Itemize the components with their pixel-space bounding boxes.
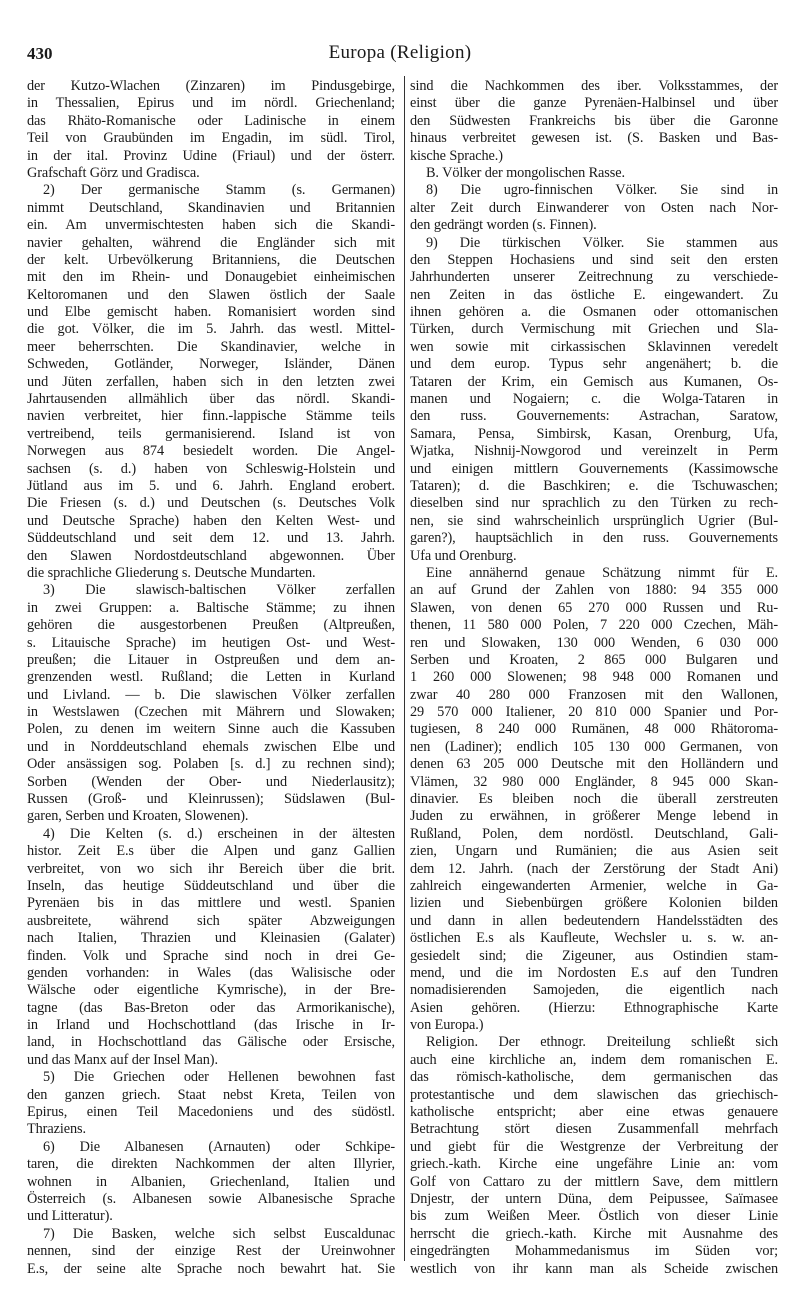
text-line: Keltoromanen und den Slawen östlich der … — [27, 287, 395, 304]
text-line: den ganzen griech. Staat nebst Kreta, Te… — [27, 1087, 395, 1104]
text-line: Wjatka, Nishnij-Nowgorod und vereinzelt … — [410, 443, 778, 460]
text-line: auch eine kirchliche an, indem dem roman… — [410, 1052, 778, 1069]
text-line: sachsen (s. d.) haben von Schleswig-Hols… — [27, 461, 395, 478]
text-line: zahlreich eingewanderten Armenier, welch… — [410, 878, 778, 895]
text-line: preußen; die Litauer in Ostpreußen und d… — [27, 652, 395, 669]
text-line: dinavier. Es bleiben noch die überall ze… — [410, 791, 778, 808]
text-line: Jahrhunderten unserer Zeitrechnung zu ve… — [410, 269, 778, 286]
text-line: und Livland. — b. Die slawischen Völker … — [27, 687, 395, 704]
text-line: Epirus, einen Teil Macedoniens und des s… — [27, 1104, 395, 1121]
text-line: Sorben (Wenden der Ober- und Niederlausi… — [27, 774, 395, 791]
text-line: zwar 40 280 000 Franzosen mit den Wallon… — [410, 687, 778, 704]
text-line: westlich von ihr kann man als Scheide zw… — [410, 1261, 778, 1278]
column-divider — [404, 76, 405, 1261]
text-line: vertreibend, teils germanisierend. Islan… — [27, 426, 395, 443]
text-line: und dann in allen bedeutendern Handelsst… — [410, 913, 778, 930]
text-line: Schweden, Gotländer, Norweger, Isländer,… — [27, 356, 395, 373]
text-line: Serben und Kroaten, 2 865 000 Bulgaren u… — [410, 652, 778, 669]
text-line: nennen, sind der einzige Rest der Ureinw… — [27, 1243, 395, 1260]
text-line: alter Zeit durch Einwanderer von Osten n… — [410, 200, 778, 217]
text-line: einst über die ganze Pyrenäen-Halbinsel … — [410, 95, 778, 112]
text-line: 8) Die ugro-finnischen Völker. Sie sind … — [410, 182, 778, 199]
text-line: mend, und die im Nordosten E.s auf den T… — [410, 965, 778, 982]
text-line: garen?), hauptsächlich in den russ. Gouv… — [410, 530, 778, 547]
text-line: s. Litauische Sprache) im heutigen Ost- … — [27, 635, 395, 652]
running-head: Europa (Religion) — [0, 42, 800, 64]
text-line: hinaus verbreitet gewesen ist. (S. Baske… — [410, 130, 778, 147]
text-line: ein. Am unvermischtesten haben sich die … — [27, 217, 395, 234]
text-line: den Steppen Hochasiens und sind seit den… — [410, 252, 778, 269]
text-line: und das Manx auf der Insel Man). — [27, 1052, 395, 1069]
text-line: denen 63 205 000 Deutsche mit den Hollän… — [410, 756, 778, 773]
text-line: die got. Völker, die im 5. Jahrh. das we… — [27, 321, 395, 338]
text-line: Vlämen, 32 980 000 Engländer, 8 945 000 … — [410, 774, 778, 791]
text-line: Jahrtausenden allmählich über das nördl.… — [27, 391, 395, 408]
text-line: in Westslawen (Czechen mit Mährern und S… — [27, 704, 395, 721]
text-line: in Irland und Hochschottland (das Irisch… — [27, 1017, 395, 1034]
text-line: Eine annähernd genaue Schätzung nimmt fü… — [410, 565, 778, 582]
text-line: dem 12. Jahrh. (nach der Zerstörung der … — [410, 861, 778, 878]
text-line: 29 570 000 Italiener, 20 810 000 Spanier… — [410, 704, 778, 721]
text-line: Ufa und Orenburg. — [410, 548, 778, 565]
text-line: Rußland, Polen, dem nordöstl. Deutschlan… — [410, 826, 778, 843]
text-line: 5) Die Griechen oder Hellenen bewohnen f… — [27, 1069, 395, 1086]
text-line: bis zum Weißen Meer. Östlich von dieser … — [410, 1208, 778, 1225]
text-line: Türken, durch Vermischung mit Griechen u… — [410, 321, 778, 338]
text-line: tugiesen, 8 240 000 Rumänen, 48 000 Rhät… — [410, 721, 778, 738]
text-line: Golf von Cattaro zu der mittlern Save, d… — [410, 1174, 778, 1191]
text-line: Süddeutschland und seit dem 12. und 13. … — [27, 530, 395, 547]
text-line: histor. Zeit E.s über die Alpen und ganz… — [27, 843, 395, 860]
text-line: griech.-kath. Kirche eine ungefähre Lini… — [410, 1156, 778, 1173]
text-line: 2) Der germanische Stamm (s. Germanen) — [27, 182, 395, 199]
text-line: den russ. Gouvernements: Astrachan, Sara… — [410, 408, 778, 425]
text-line: die sprachliche Gliederung s. Deutsche M… — [27, 565, 395, 582]
text-line: den Südwesten Frankreichs bis über die G… — [410, 113, 778, 130]
text-line: land, in Hochschottland das Gälische ode… — [27, 1034, 395, 1051]
text-line: B. Völker der mongolischen Rasse. — [410, 165, 778, 182]
text-line: und Litteratur). — [27, 1208, 395, 1225]
text-line: und giebt für die Westgrenze der Verbrei… — [410, 1139, 778, 1156]
text-line: von Europa.) — [410, 1017, 778, 1034]
text-line: eingedrängten Mohammedanismus im Süden v… — [410, 1243, 778, 1260]
text-line: zien, Ungarn und Rumänien; die aus Asien… — [410, 843, 778, 860]
text-line: sind die Nachkommen des iber. Volksstamm… — [410, 78, 778, 95]
text-line: navier gehalten, während die Engländer s… — [27, 235, 395, 252]
text-line: Österreich (s. Albanesen sowie Albanesis… — [27, 1191, 395, 1208]
text-line: Polen, zu denen im weitern Sinne auch di… — [27, 721, 395, 738]
text-line: thenen, 11 580 000 Polen, 7 220 000 Czec… — [410, 617, 778, 634]
text-line: das römisch-katholische, dem germanische… — [410, 1069, 778, 1086]
text-line: Oder ansässigen sog. Polaben [s. d.] zu … — [27, 756, 395, 773]
text-line: Tataren der Krim, ein Gemisch aus Kumane… — [410, 374, 778, 391]
text-line: an auf Grund der Zahlen von 1880: 94 355… — [410, 582, 778, 599]
text-line: nomadisierenden Samojeden, die eigentlic… — [410, 982, 778, 999]
text-line: wohnen in Albanien, Griechenland, Italie… — [27, 1174, 395, 1191]
text-line: Juden zu erwähnen, in größerer Menge leb… — [410, 808, 778, 825]
text-line: das Rhäto-Romanische oder Ladinische in … — [27, 113, 395, 130]
text-line: 6) Die Albanesen (Arnauten) oder Schkipe… — [27, 1139, 395, 1156]
text-line: in zwei Gruppen: a. Baltische Stämme; zu… — [27, 600, 395, 617]
text-line: und dem europ. Typus sehr angenähert; b.… — [410, 356, 778, 373]
text-line: meer beherrschten. Die Skandinavier, wel… — [27, 339, 395, 356]
text-line: und in Norddeutschland ehemals zwischen … — [27, 739, 395, 756]
text-line: ausbreitete, während sich später Abzweig… — [27, 913, 395, 930]
text-line: 9) Die türkischen Völker. Sie stammen au… — [410, 235, 778, 252]
text-line: und Elbe gemischt haben. Romanisiert wor… — [27, 304, 395, 321]
text-line: Teil von Graubünden im Engadin, im südl.… — [27, 130, 395, 147]
text-line: verbreitet, von wo sich ihr Bereich über… — [27, 861, 395, 878]
text-line: 7) Die Basken, welche sich selbst Euscal… — [27, 1226, 395, 1243]
text-line: mit den im Rhein- und Donaugebiet einhei… — [27, 269, 395, 286]
text-line: nach Italien, Thrazien und Kleinasien (G… — [27, 930, 395, 947]
text-line: Pyrenäen bis in das mittlere und westl. … — [27, 895, 395, 912]
text-line: Inseln, das heutige Süddeutschland und ü… — [27, 878, 395, 895]
text-line: ren und Slowaken, 130 000 Wenden, 6 030 … — [410, 635, 778, 652]
text-line: navien verbreitet, hier finn.-lappische … — [27, 408, 395, 425]
text-line: protestantische und dem slawischen das g… — [410, 1087, 778, 1104]
text-line: nen, sie sind wahrscheinlich ursprünglic… — [410, 513, 778, 530]
text-line: 4) Die Kelten (s. d.) erscheinen in der … — [27, 826, 395, 843]
text-line: manen und Nogaiern; c. die Wolga-Tataren… — [410, 391, 778, 408]
text-line: dieselben sind nur sprachlich zu den Tür… — [410, 495, 778, 512]
text-line: nen Zeiten in das östliche E. eingewande… — [410, 287, 778, 304]
text-line: der kelt. Urbevölkerung Britanniens, die… — [27, 252, 395, 269]
text-line: den Slawen Nordostdeutschland abgewonnen… — [27, 548, 395, 565]
text-line: nimmt Deutschland, Skandinavien und Brit… — [27, 200, 395, 217]
text-line: in Thessalien, Epirus und im nördl. Grie… — [27, 95, 395, 112]
text-line: lizien und Siebenbürgen größere Kolonien… — [410, 895, 778, 912]
text-line: und Jüten zerfallen, haben sich in den l… — [27, 374, 395, 391]
text-line: Jütland aus im 5. und 6. Jahrh. England … — [27, 478, 395, 495]
text-line: und einigen mittlern Gouvernements (Kass… — [410, 461, 778, 478]
left-column: der Kutzo-Wlachen (Zinzaren) im Pindusge… — [27, 78, 395, 1278]
text-line: Russen (Groß- und Kleinrussen); Südslawe… — [27, 791, 395, 808]
text-line: 3) Die slawisch-baltischen Völker zerfal… — [27, 582, 395, 599]
text-line: Samara, Pensa, Simbirsk, Kasan, Orenburg… — [410, 426, 778, 443]
text-line: 1 260 000 Slowenen; 98 948 000 Romanen u… — [410, 669, 778, 686]
text-line: der Kutzo-Wlachen (Zinzaren) im Pindusge… — [27, 78, 395, 95]
text-line: Die Friesen (s. d.) und Deutschen (s. De… — [27, 495, 395, 512]
text-line: genden vorhanden: in Wales (das Walisisc… — [27, 965, 395, 982]
text-line: Wälsche oder eigentliche Kymrische), in … — [27, 982, 395, 999]
text-line: und Deutsche Sprache) haben den Kelten W… — [27, 513, 395, 530]
text-line: katholische entspricht; aber eine etwas … — [410, 1104, 778, 1121]
text-line: tagne (das Bas-Breton oder das Armorikan… — [27, 1000, 395, 1017]
text-line: Betrachtung stört diesen Zusammenfall me… — [410, 1121, 778, 1138]
text-line: grenzenden westl. Rußland; die Letten in… — [27, 669, 395, 686]
text-line: E.s, der seine alte Sprache noch bewahrt… — [27, 1261, 395, 1278]
text-line: Grafschaft Görz und Gradisca. — [27, 165, 395, 182]
text-line: Religion. Der ethnogr. Dreiteilung schli… — [410, 1034, 778, 1051]
text-line: finden. Volk und Sprache sind noch in dr… — [27, 948, 395, 965]
text-line: herrscht die griech.-kath. Kirche mit Au… — [410, 1226, 778, 1243]
text-line: in der ital. Provinz Udine (Friaul) und … — [27, 148, 395, 165]
text-line: garen, Serben und Kroaten, Slowenen). — [27, 808, 395, 825]
text-line: ihnen gehören a. die Osmanen oder ottoma… — [410, 304, 778, 321]
text-line: Tataren); d. die Baschkiren; e. die Tsch… — [410, 478, 778, 495]
text-line: Asien gehören. (Hierzu: Ethnographische … — [410, 1000, 778, 1017]
right-column: sind die Nachkommen des iber. Volksstamm… — [410, 78, 778, 1278]
text-line: Norwegen aus 874 besiedelt worden. Die A… — [27, 443, 395, 460]
text-line: östlichen E.s als Kaufleute, Wechsler u.… — [410, 930, 778, 947]
text-line: den gedrängt worden (s. Finnen). — [410, 217, 778, 234]
text-line: gesiedelt sind; die Zigeuner, aus Ostind… — [410, 948, 778, 965]
text-line: Slawen, von denen 65 270 000 Russen und … — [410, 600, 778, 617]
text-line: Dnjestr, der untern Düna, dem Peipussee,… — [410, 1191, 778, 1208]
text-line: wen sowie mit cirkassischen Sklavinnen v… — [410, 339, 778, 356]
text-line: Thraziens. — [27, 1121, 395, 1138]
text-line: taren, die direkten Nachkommen der alten… — [27, 1156, 395, 1173]
text-line: gehören die ausgestorbenen Preußen (Altp… — [27, 617, 395, 634]
text-line: nen (Ladiner); endlich 105 130 000 Germa… — [410, 739, 778, 756]
text-line: kische Sprache.) — [410, 148, 778, 165]
